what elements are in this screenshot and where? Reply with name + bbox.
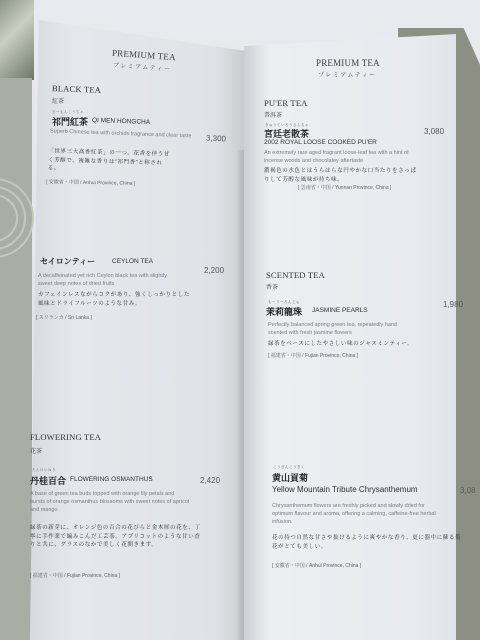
item-description-jp: 緑茶をベースにしたやさしい味のジャスミンティー。	[268, 340, 458, 349]
section-title-scented-tea: SCENTED TEA	[266, 270, 325, 280]
item-name-jp: セイロンティー	[40, 256, 95, 267]
item-origin: [ 安徽省・中国 / Anhui Province, China ]	[272, 562, 361, 569]
item-price: 3,08	[460, 486, 476, 495]
item-origin: [ 雲南省・中国 / Yunnan Province, China ]	[298, 184, 391, 191]
item-price: 2,200	[204, 266, 224, 275]
section-title-flowering-tea: FLOWERING TEA	[30, 432, 101, 442]
item-price: 1,980	[443, 300, 463, 309]
section-title-jp-puer-tea: 普洱茶	[264, 110, 282, 119]
item-name-en: JASMINE PEARLS	[312, 307, 368, 314]
item-origin: [ スリランカ / Sri Lanka ]	[36, 314, 92, 321]
item-origin: [ 福建省・中国 / Fujian Province, China ]	[268, 352, 358, 359]
item-name-jp: 茉莉龍珠	[266, 305, 302, 318]
item-name-jp: 祁門紅茶	[52, 115, 88, 128]
item-description-jp: 濃褐色の水色とはうらはらな円やかな口当たりをさっぱりして芳醇な風味が持ち味。	[264, 167, 422, 184]
item-description-jp: 緑茶の新芽に、オレンジ色の百合の花びらと金木犀の花を、丁寧に手作業で編みこんだ工…	[30, 524, 206, 550]
item-name-en: Yellow Mountain Tribute Chrysanthemum	[272, 485, 418, 494]
item-price: 2,420	[200, 476, 220, 485]
item-name-en: FLOWERING OSMANTHUS	[70, 476, 153, 483]
item-origin: [ 福建省・中国 / Fujian Province, China ]	[30, 572, 120, 579]
item-name-jp: 黄山貢菊	[272, 471, 308, 484]
section-title-puer-tea: PU'ER TEA	[264, 98, 308, 108]
right-page-title: PREMIUM TEA	[316, 58, 380, 68]
item-description-en: Perfectly balanced spring green tea, rep…	[268, 321, 414, 337]
item-ruby: たんけいゆり	[32, 468, 56, 473]
item-description-en: Chrysanthemum flowers are freshly picked…	[272, 502, 444, 526]
background-window	[0, 0, 34, 80]
section-title-jp-scented-tea: 香茶	[266, 282, 278, 291]
menu-cover-left	[0, 78, 32, 640]
item-price: 3,300	[206, 133, 226, 143]
right-page-subtitle: プレミアムティー	[318, 70, 377, 79]
item-description-jp: 「世界三大高香紅茶」の一つ。花香を伴う甘く芳醇で、複雑な香りは“祁門香”と称され…	[48, 147, 171, 176]
section-title-black-tea: BLACK TEA	[52, 83, 101, 95]
item-description-jp: 花の持つ自然な甘さや抜けるように爽やかな香り、更に器中に蘇る菊花がとても美しい。	[272, 534, 464, 551]
item-ruby: こうざんこうぎく	[273, 465, 305, 470]
item-description-en: An extremely rare aged fragrant loose-le…	[264, 149, 420, 165]
section-title-jp-flowering-tea: 花茶	[30, 446, 42, 455]
item-description-jp: カフェインレスながらコクがあり、強くしっかりとした風味とドライフルーツのような甘…	[38, 291, 196, 308]
item-name-en: 2002 ROYAL LOOSE COOKED PU'ER	[264, 139, 377, 146]
section-title-jp-black-tea: 紅茶	[52, 96, 64, 105]
item-name-jp: 丹桂百合	[30, 474, 66, 487]
item-price: 3,080	[424, 127, 444, 136]
item-description-en: A base of green tea buds topped with ora…	[30, 490, 190, 514]
item-name-en: CEYLON TEA	[112, 258, 153, 265]
item-description-en: A decaffeinated yet rich Ceylon black te…	[38, 272, 170, 288]
